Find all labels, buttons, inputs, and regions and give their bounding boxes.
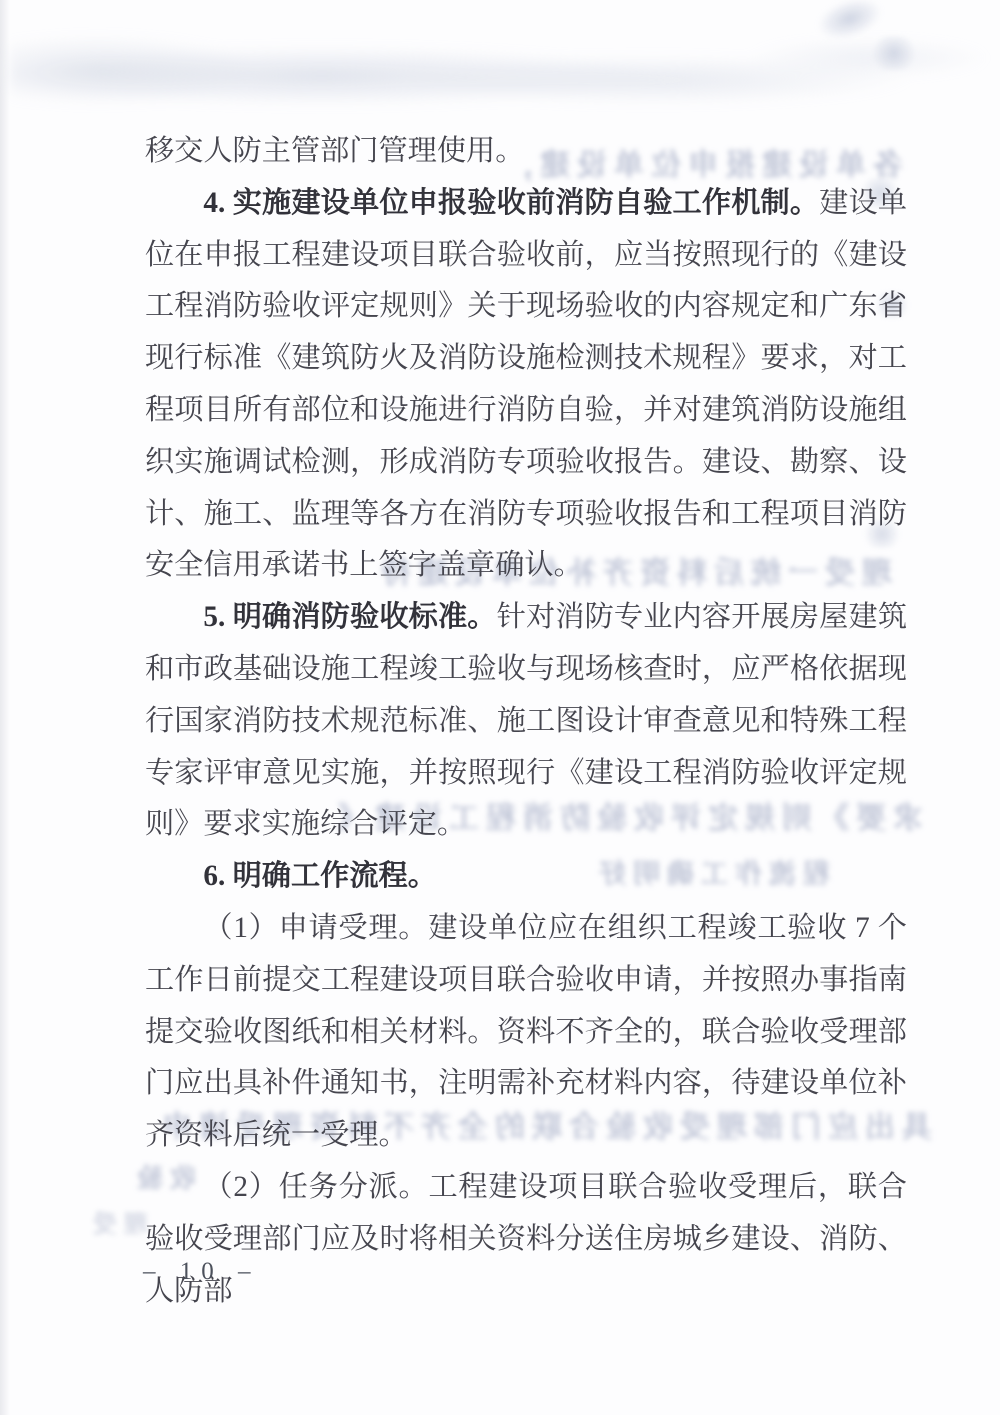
scan-edge-shadow [0,0,10,1415]
paragraph-item-6-1: （1）申请受理。建设单位应在组织工程竣工验收 7 个工作日前提交工程建设项目联合… [145,903,907,1162]
item-6-heading: 6. 明确工作流程。 [203,860,437,892]
item-6-1-body: （1）申请受理。建设单位应在组织工程竣工验收 7 个工作日前提交工程建设项目联合… [145,912,907,1151]
item-4-heading: 4. 实施建设单位申报验收前消防自验工作机制。 [203,187,819,219]
item-5-heading: 5. 明确消防验收标准。 [203,601,496,633]
item-5-body: 针对消防专业内容开展房屋建筑和市政基础设施工程竣工验收与现场核查时，应严格依据现… [145,601,907,840]
paragraph-item-5: 5. 明确消防验收标准。针对消防专业内容开展房屋建筑和市政基础设施工程竣工验收与… [145,592,907,851]
scan-speck [868,36,920,70]
paragraph-item-4: 4. 实施建设单位申报验收前消防自验工作机制。建设单位在申报工程建设项目联合验收… [145,178,907,592]
bleedthrough-text: 理受 [88,1204,148,1239]
paragraph-continuation: 移交人防主管部门管理使用。 [145,126,907,178]
document-body: 移交人防主管部门管理使用。 4. 实施建设单位申报验收前消防自验工作机制。建设单… [145,126,907,1317]
scanned-document-page: 各单设建报申位单设建， 理受一统后料资齐补位单设建待 求要》则规定评收验防消程工… [0,0,1000,1415]
item-4-body: 建设单位在申报工程建设项目联合验收前，应当按照现行的《建设工程消防验收评定规则》… [145,187,907,582]
paragraph-item-6: 6. 明确工作流程。 [145,851,907,903]
item-6-2-body: （2）任务分派。工程建设项目联合验收受理后，联合验收受理部门应及时将相关资料分送… [145,1171,907,1307]
paragraph-item-6-2: （2）任务分派。工程建设项目联合验收受理后，联合验收受理部门应及时将相关资料分送… [145,1162,907,1317]
page-number: – 10 – [143,1258,260,1286]
paragraph-text: 移交人防主管部门管理使用。 [145,135,524,167]
